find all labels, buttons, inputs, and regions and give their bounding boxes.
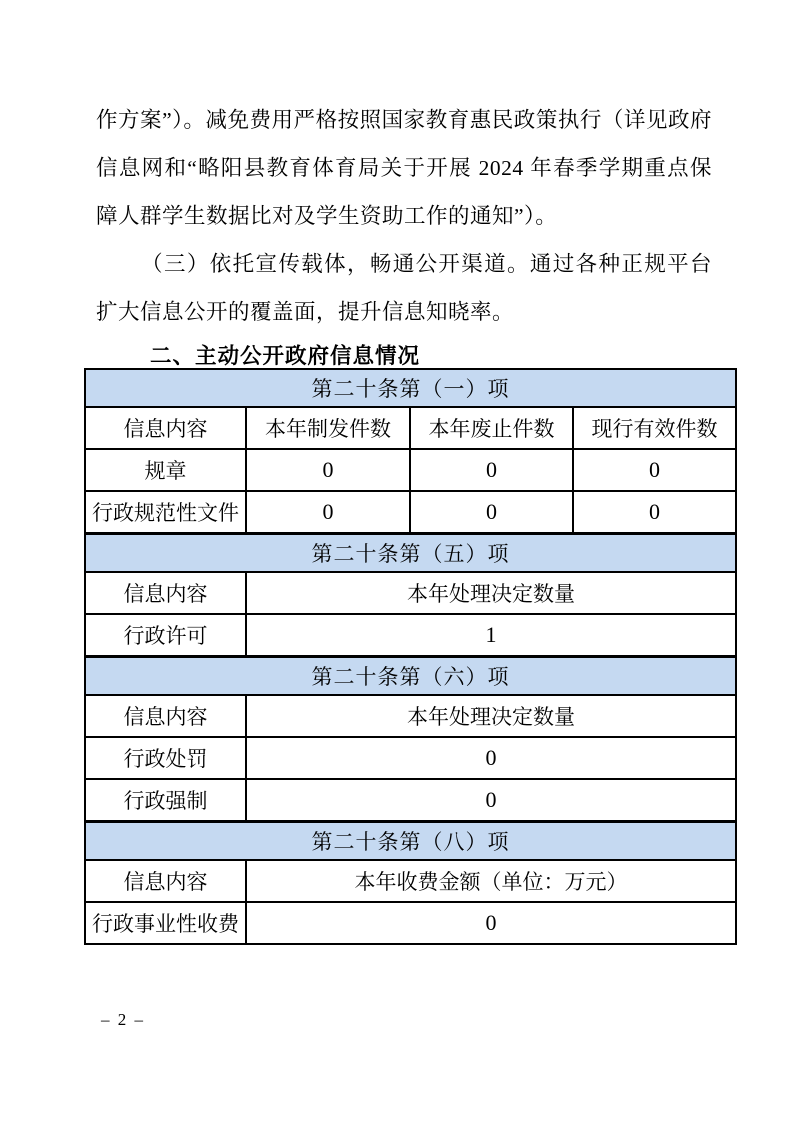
row-label-cell: 行政处罚 bbox=[85, 737, 246, 779]
paragraph-item-three: （三）依托宣传载体，畅通公开渠道。通过各种正规平台扩大信息公开的覆盖面，提升信息… bbox=[96, 240, 712, 336]
document-page: 作方案”）。减免费用严格按照国家教育惠民政策执行（详见政府信息网和“略阳县教育体… bbox=[0, 0, 793, 1122]
column-header-cell: 本年收费金额（单位：万元） bbox=[246, 860, 736, 902]
column-header-cell: 信息内容 bbox=[85, 572, 246, 614]
table-row: 规章 0 0 0 bbox=[85, 449, 736, 491]
value-cell: 0 bbox=[246, 779, 736, 822]
column-header-cell: 信息内容 bbox=[85, 860, 246, 902]
table-section-header: 第二十条第（五）项 bbox=[85, 534, 736, 573]
row-label-cell: 行政规范性文件 bbox=[85, 491, 246, 534]
document-body-text: 作方案”）。减免费用严格按照国家教育惠民政策执行（详见政府信息网和“略阳县教育体… bbox=[96, 96, 712, 376]
paragraph-continuation: 作方案”）。减免费用严格按照国家教育惠民政策执行（详见政府信息网和“略阳县教育体… bbox=[96, 96, 712, 240]
table-section-header: 第二十条第（六）项 bbox=[85, 657, 736, 696]
table-column-header-row: 信息内容 本年处理决定数量 bbox=[85, 572, 736, 614]
value-cell: 0 bbox=[573, 449, 736, 491]
section-title: 第二十条第（五）项 bbox=[85, 534, 736, 573]
table-section-header: 第二十条第（八）项 bbox=[85, 822, 736, 861]
column-header-cell: 本年处理决定数量 bbox=[246, 572, 736, 614]
value-cell: 0 bbox=[246, 737, 736, 779]
table-row: 行政处罚 0 bbox=[85, 737, 736, 779]
value-cell: 0 bbox=[410, 491, 573, 534]
row-label-cell: 行政强制 bbox=[85, 779, 246, 822]
table-column-header-row: 信息内容 本年处理决定数量 bbox=[85, 695, 736, 737]
page-number: – 2 – bbox=[101, 1010, 145, 1030]
column-header-cell: 信息内容 bbox=[85, 407, 246, 449]
value-cell: 0 bbox=[246, 491, 410, 534]
table-row: 行政强制 0 bbox=[85, 779, 736, 822]
row-label-cell: 行政许可 bbox=[85, 614, 246, 657]
section-title: 第二十条第（八）项 bbox=[85, 822, 736, 861]
section-title: 第二十条第（一）项 bbox=[85, 369, 736, 407]
value-cell: 1 bbox=[246, 614, 736, 657]
column-header-cell: 本年制发件数 bbox=[246, 407, 410, 449]
table-row: 行政事业性收费 0 bbox=[85, 902, 736, 944]
table-row: 行政许可 1 bbox=[85, 614, 736, 657]
column-header-cell: 信息内容 bbox=[85, 695, 246, 737]
column-header-cell: 现行有效件数 bbox=[573, 407, 736, 449]
table-row: 行政规范性文件 0 0 0 bbox=[85, 491, 736, 534]
government-info-table: 第二十条第（一）项 信息内容 本年制发件数 本年废止件数 现行有效件数 规章 0… bbox=[84, 368, 737, 945]
table-column-header-row: 信息内容 本年收费金额（单位：万元） bbox=[85, 860, 736, 902]
value-cell: 0 bbox=[246, 902, 736, 944]
column-header-cell: 本年处理决定数量 bbox=[246, 695, 736, 737]
value-cell: 0 bbox=[410, 449, 573, 491]
row-label-cell: 规章 bbox=[85, 449, 246, 491]
column-header-cell: 本年废止件数 bbox=[410, 407, 573, 449]
table-section-header: 第二十条第（一）项 bbox=[85, 369, 736, 407]
value-cell: 0 bbox=[246, 449, 410, 491]
section-title: 第二十条第（六）项 bbox=[85, 657, 736, 696]
row-label-cell: 行政事业性收费 bbox=[85, 902, 246, 944]
value-cell: 0 bbox=[573, 491, 736, 534]
table-column-header-row: 信息内容 本年制发件数 本年废止件数 现行有效件数 bbox=[85, 407, 736, 449]
